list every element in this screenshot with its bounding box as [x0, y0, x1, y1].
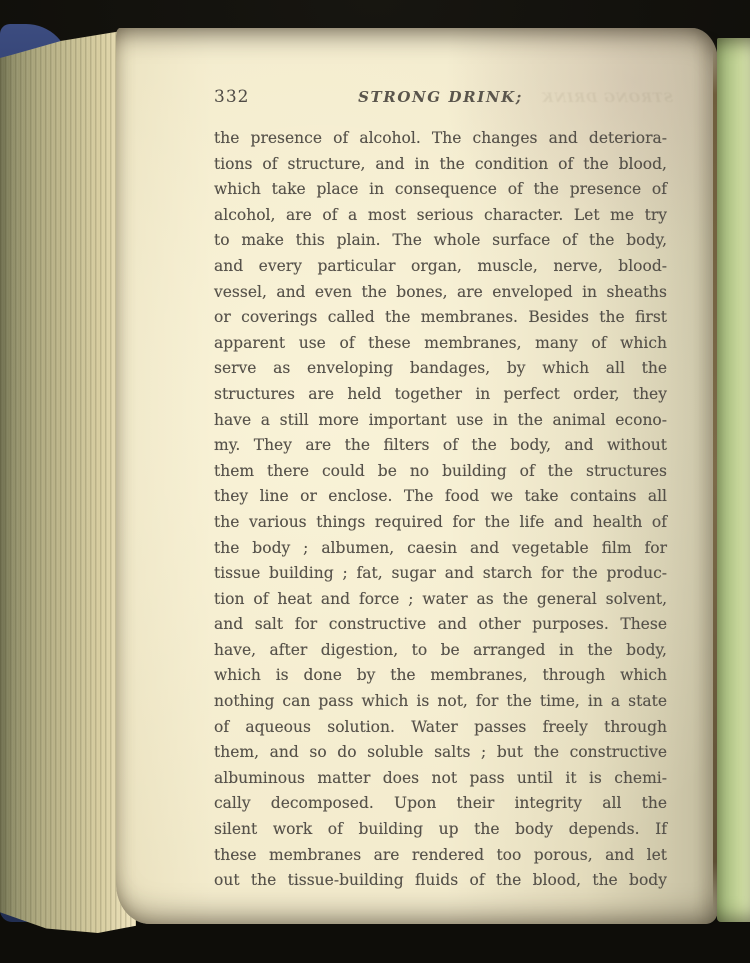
text-line: which is done by the membranes, through … [214, 663, 667, 689]
text-line: them there could be no building of the s… [214, 459, 667, 485]
text-line: the various things required for the life… [214, 510, 667, 536]
text-line: these membranes are rendered too porous,… [214, 843, 667, 869]
text-line: the body ; albumen, caesin and vegetable… [214, 536, 667, 562]
text-line: have, after digestion, to be arranged in… [214, 638, 667, 664]
page-number: 332 [214, 86, 249, 108]
page-text-lines: the presence of alcohol. The changes and… [214, 126, 667, 894]
text-line: silent work of building up the body depe… [214, 817, 667, 843]
text-line: albuminous matter does not pass until it… [214, 766, 667, 792]
page-header: 332 STRONG DRINK; STRONG DRINK [214, 86, 667, 108]
bleed-through-ghost-text: STRONG DRINK [541, 88, 673, 110]
book-photo-scene: 332 STRONG DRINK; STRONG DRINK the prese… [0, 0, 750, 963]
text-line: tion of heat and force ; water as the ge… [214, 587, 667, 613]
text-line: tions of structure, and in the condition… [214, 152, 667, 178]
text-line: have a still more important use in the a… [214, 408, 667, 434]
text-line: they line or enclose. The food we take c… [214, 484, 667, 510]
text-line: alcohol, are of a most serious character… [214, 203, 667, 229]
text-line: nothing can pass which is not, for the t… [214, 689, 667, 715]
text-line: or coverings called the membranes. Besid… [214, 305, 667, 331]
text-line: them, and so do soluble salts ; but the … [214, 740, 667, 766]
text-line: structures are held together in perfect … [214, 382, 667, 408]
text-line: which take place in consequence of the p… [214, 177, 667, 203]
text-line: of aqueous solution. Water passes freely… [214, 715, 667, 741]
text-line: cally decomposed. Upon their integrity a… [214, 791, 667, 817]
facing-page-sliver [717, 38, 750, 922]
text-line: and every particular organ, muscle, nerv… [214, 254, 667, 280]
text-line: vessel, and even the bones, are envelope… [214, 280, 667, 306]
text-line: my. They are the filters of the body, an… [214, 433, 667, 459]
text-line: out the tissue-building fluids of the bl… [214, 868, 667, 894]
text-line: tissue building ; fat, sugar and starch … [214, 561, 667, 587]
printed-content: 332 STRONG DRINK; STRONG DRINK the prese… [214, 86, 667, 894]
text-line: serve as enveloping bandages, by which a… [214, 356, 667, 382]
text-line: the presence of alcohol. The changes and… [214, 126, 667, 152]
text-line: to make this plain. The whole surface of… [214, 228, 667, 254]
text-line: apparent use of these membranes, many of… [214, 331, 667, 357]
text-line: and salt for constructive and other purp… [214, 612, 667, 638]
